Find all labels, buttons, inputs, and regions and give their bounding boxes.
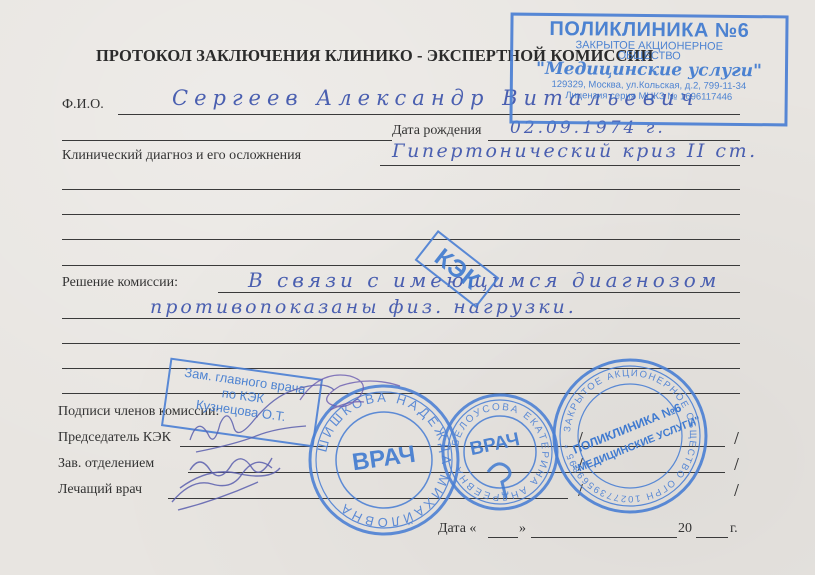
diagnosis-value[interactable]: Гипертонический криз II ст. bbox=[392, 140, 758, 162]
svg-text:ШИШКОВА НАДЕЖДА МИХАЙЛОВНА: ШИШКОВА НАДЕЖДА МИХАЙЛОВНА bbox=[314, 390, 454, 530]
chairman-label: Председатель КЭК bbox=[58, 430, 171, 446]
date-year-suffix: г. bbox=[730, 521, 738, 537]
date-year-prefix: 20 bbox=[678, 521, 692, 537]
caduceus-icon bbox=[488, 464, 510, 498]
doctor-signature bbox=[172, 462, 272, 510]
separator-slash bbox=[734, 432, 739, 444]
clinic-round-stamp-name: ПОЛИКЛИНИКА №6 bbox=[571, 400, 684, 456]
clinic-rectangular-stamp: ПОЛИКЛИНИКА №6 ЗАКРЫТОЕ АКЦИОНЕРНОЕ ОБЩЕ… bbox=[509, 13, 788, 127]
svg-text:БЕЛОУСОВА ЕКАТЕРИНА АНДРЕЕВНА: БЕЛОУСОВА ЕКАТЕРИНА АНДРЕЕВНА bbox=[450, 402, 550, 502]
head-of-department-label: Зав. отделением bbox=[58, 456, 154, 472]
head-signature bbox=[180, 458, 280, 488]
doctor-stamp-2-ring-text: БЕЛОУСОВА ЕКАТЕРИНА АНДРЕЕВНА bbox=[450, 402, 550, 502]
doctor-stamp-2-center-text: ВРАЧ bbox=[468, 429, 522, 460]
date-label: Дата « bbox=[438, 521, 476, 537]
doctor-stamp-2 bbox=[443, 395, 557, 509]
blank-line bbox=[62, 189, 740, 190]
fio-label: Ф.И.О. bbox=[62, 97, 104, 113]
diagnosis-line bbox=[380, 165, 740, 166]
stamp-company-name: "Медицинские услуги" bbox=[513, 59, 785, 82]
blank-line bbox=[62, 343, 740, 344]
doctor-stamp-1 bbox=[310, 386, 458, 534]
decision-value-line2[interactable]: противопоказаны физ. нагрузки. bbox=[150, 296, 577, 318]
blank-line bbox=[62, 239, 740, 240]
separator-slash bbox=[578, 458, 583, 470]
head-signature-line bbox=[188, 472, 725, 473]
separator-slash bbox=[734, 458, 739, 470]
deputy-chief-stamp: Зам. главного врача по КЭК Кузнецова О.Т… bbox=[161, 358, 323, 448]
diagnosis-label: Клинический диагноз и его осложнения bbox=[62, 148, 301, 164]
decision-line-2 bbox=[62, 318, 740, 319]
blank-line bbox=[62, 214, 740, 215]
blank-line bbox=[62, 140, 392, 141]
chairman-signature-line bbox=[180, 446, 725, 447]
blank-line bbox=[62, 393, 740, 394]
clinic-round-stamp bbox=[554, 360, 706, 512]
separator-slash bbox=[578, 432, 583, 444]
attending-doctor-label: Лечащий врач bbox=[58, 482, 142, 498]
doctor-stamp-1-ring-text: ШИШКОВА НАДЕЖДА МИХАЙЛОВНА bbox=[314, 390, 454, 530]
doctor-signature-line bbox=[168, 498, 568, 499]
date-month-line[interactable] bbox=[531, 537, 677, 538]
blank-line bbox=[62, 368, 740, 369]
birth-date-label: Дата рождения bbox=[392, 123, 482, 139]
blank-line bbox=[62, 265, 740, 266]
separator-slash bbox=[578, 484, 583, 496]
document-page: ПРОТОКОЛ ЗАКЛЮЧЕНИЯ КЛИНИКО - ЭКСПЕРТНОЙ… bbox=[0, 0, 815, 575]
date-close-quote: » bbox=[519, 521, 526, 537]
date-year-line[interactable] bbox=[696, 537, 728, 538]
separator-slash bbox=[734, 484, 739, 496]
date-day-line[interactable] bbox=[488, 537, 518, 538]
decision-label: Решение комиссии: bbox=[62, 275, 178, 291]
